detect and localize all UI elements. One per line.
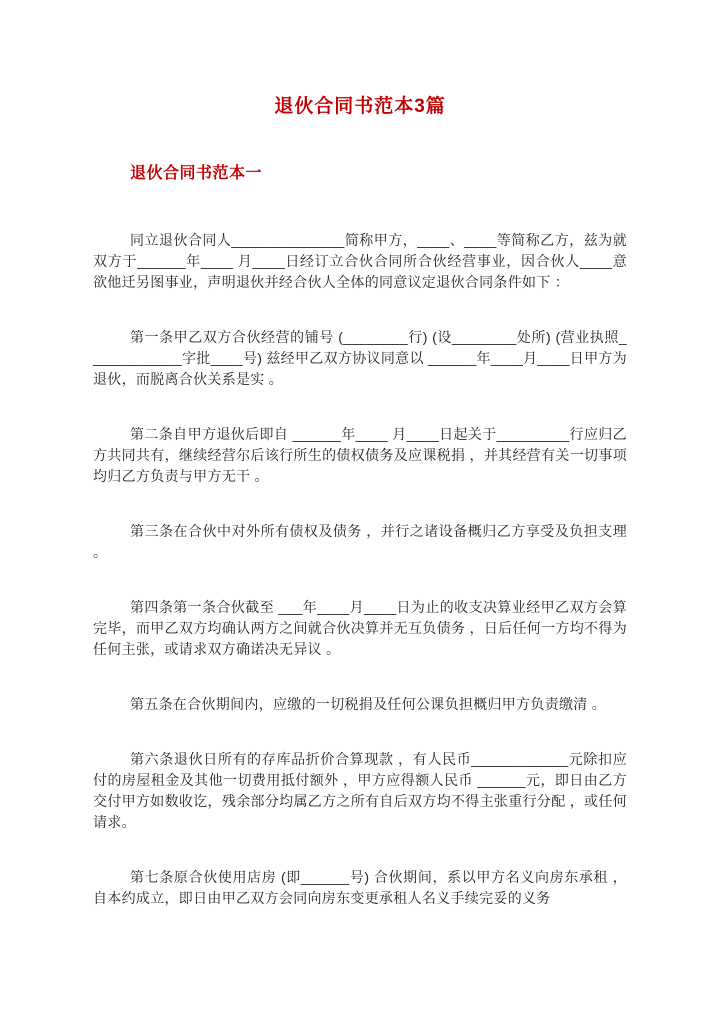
contract-paragraph-article-1: 第一条甲乙双方合伙经营的铺号 (________行) (设________处所)… [93,327,627,390]
contract-paragraph-article-4: 第四条第一条合伙截至 ___年____月____日为止的收支决算业经甲乙双方会算… [93,597,627,660]
contract-paragraph-article-2: 第二条自甲方退伙后即自 ______年____ 月____日起关于_______… [93,424,627,487]
document-title: 退伙合同书范本3篇 [93,96,627,118]
contract-paragraph-article-6: 第六条退伙日所有的存库品折价合算现款 ，有人民币____________元除扣应… [93,749,627,833]
section-heading: 退伙合同书范本一 [93,163,627,185]
contract-paragraph-article-3: 第三条在合伙中对外所有债权及债务 ，并行之诸设备概归乙方享受及负担支理 。 [93,521,627,563]
document-page: 退伙合同书范本3篇 退伙合同书范本一 同立退伙合同人______________… [0,0,720,1017]
contract-paragraph-article-7: 第七条原合伙使用店房 (即______号) 合伙期间，系以甲方名义向房东承租 ，… [93,867,627,909]
contract-paragraph-article-5: 第五条在合伙期间内，应缴的一切税捐及任何公课负担概归甲方负责缴清 。 [93,694,627,715]
contract-paragraph-intro: 同立退伙合同人______________简称甲方，____、____等简称乙方… [93,230,627,293]
